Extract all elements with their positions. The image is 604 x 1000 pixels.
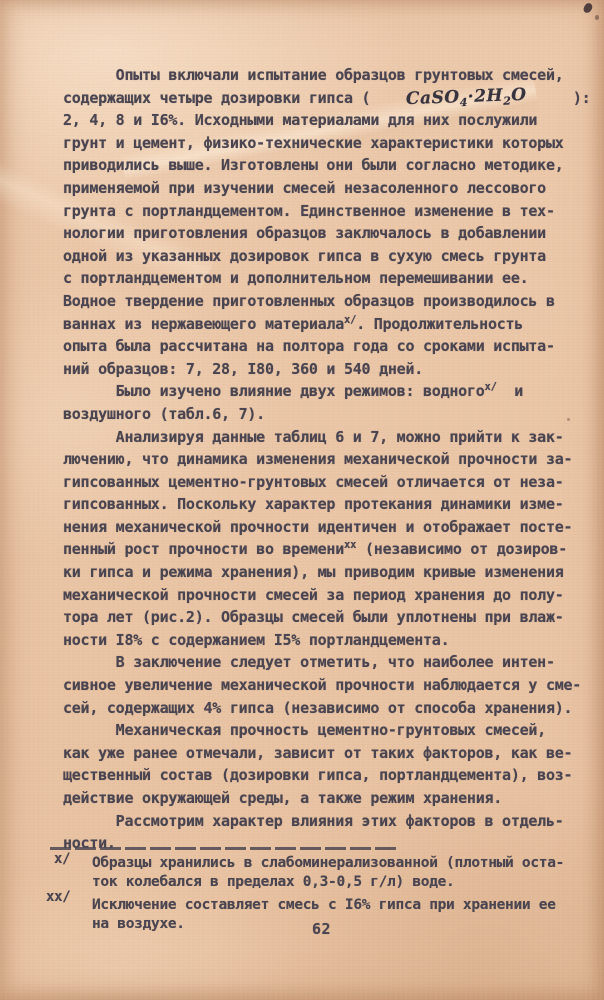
text-line-with-formula: содержащих четыре дозировки гипса (CaSO4… (63, 87, 591, 110)
text-line: Было изучено влияние двух режимов: водно… (63, 380, 591, 403)
footnote-text-line: на воздухе. (92, 915, 592, 934)
text-line: применяемой при изучении смесей незасоле… (63, 177, 591, 200)
text-line: 2, 4, 8 и I6%. Исходными материалами для… (63, 109, 591, 132)
text-segment: ваннах из нержавеющего материала (63, 315, 344, 333)
text-line: сивное увеличение механической прочности… (63, 674, 591, 697)
footnote-text-line: ток колебался в пределах 0,3-0,5 г/л) во… (92, 873, 592, 892)
footnote-divider-line (50, 847, 396, 850)
handwritten-formula-caso4-2h2o: CaSO4·2H2O (406, 83, 527, 110)
footnote-text-line: Исключение составляет смесь с I6% гипса … (92, 896, 592, 915)
footnote-marker: хх/ (46, 890, 70, 904)
text-line: механической прочности смесей за период … (63, 584, 591, 607)
page-number: 62 (312, 920, 331, 938)
text-line: В заключение следует отметить, что наибо… (63, 651, 591, 674)
text-line: лючению, что динамика изменения механиче… (63, 448, 591, 471)
text-line: Водное твердение приготовленных образцов… (63, 290, 591, 313)
text-line: Механическая прочность цементно-грунтовы… (63, 719, 591, 742)
footnote-1: х/ Образцы хранились в слабоминерализова… (92, 854, 592, 891)
text-line: ности. (63, 832, 591, 855)
text-line: нения механической прочности идентичен и… (63, 516, 591, 539)
footnote-marker: х/ (54, 852, 70, 866)
text-segment: . Продолжительность (356, 315, 523, 333)
text-line: тора лет (рис.2). Образцы смесей были уп… (63, 606, 591, 629)
footnote-text-line: Образцы хранились в слабоминерализованно… (92, 854, 592, 873)
footnote-reference-superscript: х/ (484, 381, 496, 393)
body-text-column: Опыты включали испытание образцов грунто… (63, 64, 591, 855)
text-line: одной из указанных дозировок гипса в сух… (63, 245, 591, 268)
text-line: действие окружающей среды, а также режим… (63, 787, 591, 810)
text-segment: (независимо от дозиров- (356, 540, 567, 558)
text-line: как уже ранее отмечали, зависит от таких… (63, 742, 591, 765)
text-line: гипсованных цементно-грунтовых смесей от… (63, 471, 591, 494)
text-line: щественный состав (дозировки гипса, порт… (63, 764, 591, 787)
text-segment: ): (573, 87, 591, 110)
text-segment: пенный рост прочности во времени (63, 540, 344, 558)
text-segment: Было изучено влияние двух режимов: водно… (63, 382, 484, 400)
text-line: приводились выше. Изготовлены они были с… (63, 154, 591, 177)
text-line: Опыты включали испытание образцов грунто… (63, 64, 591, 87)
text-line: ний образцов: 7, 28, I80, 360 и 540 дней… (63, 358, 591, 381)
text-line: ки гипса и режима хранения), мы приводим… (63, 561, 591, 584)
text-line: грунт и цемент, физико-технические харак… (63, 132, 591, 155)
text-line: Рассмотрим характер влияния этих факторо… (63, 810, 591, 833)
footnote-reference-superscript: х/ (344, 314, 356, 326)
text-line: ности I8% с содержанием I5% портландцеме… (63, 629, 591, 652)
text-line: ваннах из нержавеющего материалах/. Прод… (63, 313, 591, 336)
text-line: воздушного (табл.6, 7). (63, 403, 591, 426)
footnote-2: хх/ Исключение составляет смесь с I6% ги… (92, 896, 592, 933)
text-segment: содержащих четыре дозировки гипса ( (63, 89, 370, 107)
text-line: с портландцементом и дополнительном пере… (63, 267, 591, 290)
text-line: гипсованных. Поскольку характер протекан… (63, 493, 591, 516)
text-line: сей, содержащих 4% гипса (независимо от … (63, 697, 591, 720)
scanned-page: Опыты включали испытание образцов грунто… (0, 0, 604, 1000)
text-line: Анализируя данные таблиц 6 и 7, можно пр… (63, 426, 591, 449)
text-line: грунта с портландцементом. Единственное … (63, 200, 591, 223)
ink-speck (583, 2, 594, 14)
ink-speck (595, 15, 599, 20)
text-line: нологии приготовления образцов заключало… (63, 222, 591, 245)
footnote-reference-superscript: хх (344, 539, 356, 551)
text-segment: и (497, 382, 523, 400)
text-line: опыта была рассчитана на полтора года со… (63, 335, 591, 358)
text-line: пенный рост прочности во временихх (неза… (63, 538, 591, 561)
